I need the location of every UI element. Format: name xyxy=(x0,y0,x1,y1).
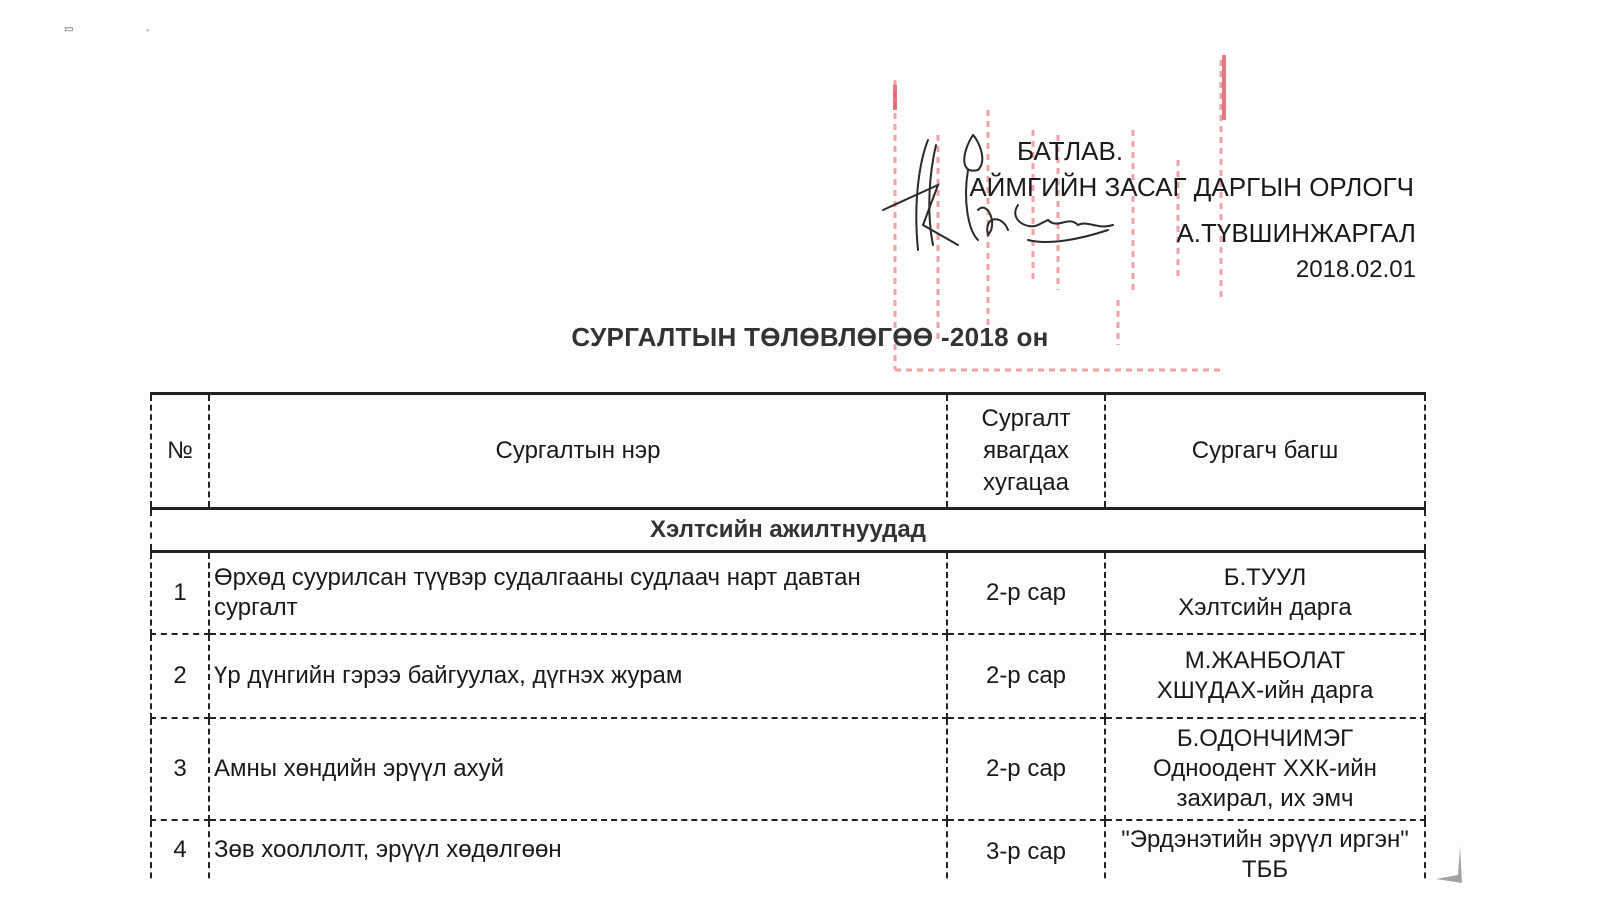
teacher-name: Б.ТУУЛ xyxy=(1110,563,1420,593)
training-plan-table: № Сургалтын нэр Сургалт явагдах хугацаа … xyxy=(150,392,1426,899)
training-time: 2-р сар xyxy=(947,634,1105,718)
approval-date: 2018.02.01 xyxy=(1296,256,1416,284)
teacher-name: "Эрдэнэтийн эрүүл иргэн" xyxy=(1110,825,1420,855)
page-cutoff xyxy=(0,882,1600,915)
approver-name: А.ТҮВШИНЖАРГАЛ xyxy=(1176,218,1416,249)
header-time: Сургалт явагдах хугацаа xyxy=(947,394,1105,509)
teacher-role: ТББ xyxy=(1110,855,1420,885)
section-row: Хэлтсийн ажилтнуудад xyxy=(151,509,1425,552)
teacher-name: М.ЖАНБОЛАТ xyxy=(1110,646,1420,676)
row-number: 3 xyxy=(151,718,209,820)
teacher-role: ХШҮДАХ-ийн дарга xyxy=(1110,676,1420,706)
table-row: 2 Үр дүнгийн гэрээ байгуулах, дүгнэх жур… xyxy=(151,634,1425,718)
training-name: Үр дүнгийн гэрээ байгуулах, дүгнэх журам xyxy=(209,634,947,718)
training-name: Амны хөндийн эрүүл ахуй xyxy=(209,718,947,820)
teacher-role: Одноодент ХХК-ийн захирал, их эмч xyxy=(1110,754,1420,814)
training-time: 2-р сар xyxy=(947,552,1105,635)
teacher-name: Б.ОДОНЧИМЭГ xyxy=(1110,724,1420,754)
training-name: Өрхөд суурилсан түүвэр судалгааны судлаа… xyxy=(209,552,947,635)
scan-speck: ▭ xyxy=(64,24,73,35)
teacher-cell: Б.ОДОНЧИМЭГ Одноодент ХХК-ийн захирал, и… xyxy=(1105,718,1425,820)
teacher-role: Хэлтсийн дарга xyxy=(1110,593,1420,623)
teacher-cell: М.ЖАНБОЛАТ ХШҮДАХ-ийн дарга xyxy=(1105,634,1425,718)
scan-speck: ﾞ xyxy=(146,26,151,41)
teacher-cell: Б.ТУУЛ Хэлтсийн дарга xyxy=(1105,552,1425,635)
row-number: 1 xyxy=(151,552,209,635)
approval-label: БАТЛАВ. xyxy=(1017,136,1123,167)
table-header-row: № Сургалтын нэр Сургалт явагдах хугацаа … xyxy=(151,394,1425,509)
header-number: № xyxy=(151,394,209,509)
approver-position: АЙМГИЙН ЗАСАГ ДАРГЫН ОРЛОГЧ xyxy=(969,172,1414,203)
section-title: Хэлтсийн ажилтнуудад xyxy=(151,509,1425,552)
scan-artifact xyxy=(1432,845,1464,885)
table-row: 3 Амны хөндийн эрүүл ахуй 2-р сар Б.ОДОН… xyxy=(151,718,1425,820)
document-title: СУРГАЛТЫН ТӨЛӨВЛӨГӨӨ -2018 он xyxy=(0,322,1600,353)
scanned-document-page: ▭ ﾞ xyxy=(0,0,1600,915)
training-time: 2-р сар xyxy=(947,718,1105,820)
row-number: 2 xyxy=(151,634,209,718)
header-training-name: Сургалтын нэр xyxy=(209,394,947,509)
header-teacher: Сургагч багш xyxy=(1105,394,1425,509)
table-row: 1 Өрхөд суурилсан түүвэр судалгааны судл… xyxy=(151,552,1425,635)
